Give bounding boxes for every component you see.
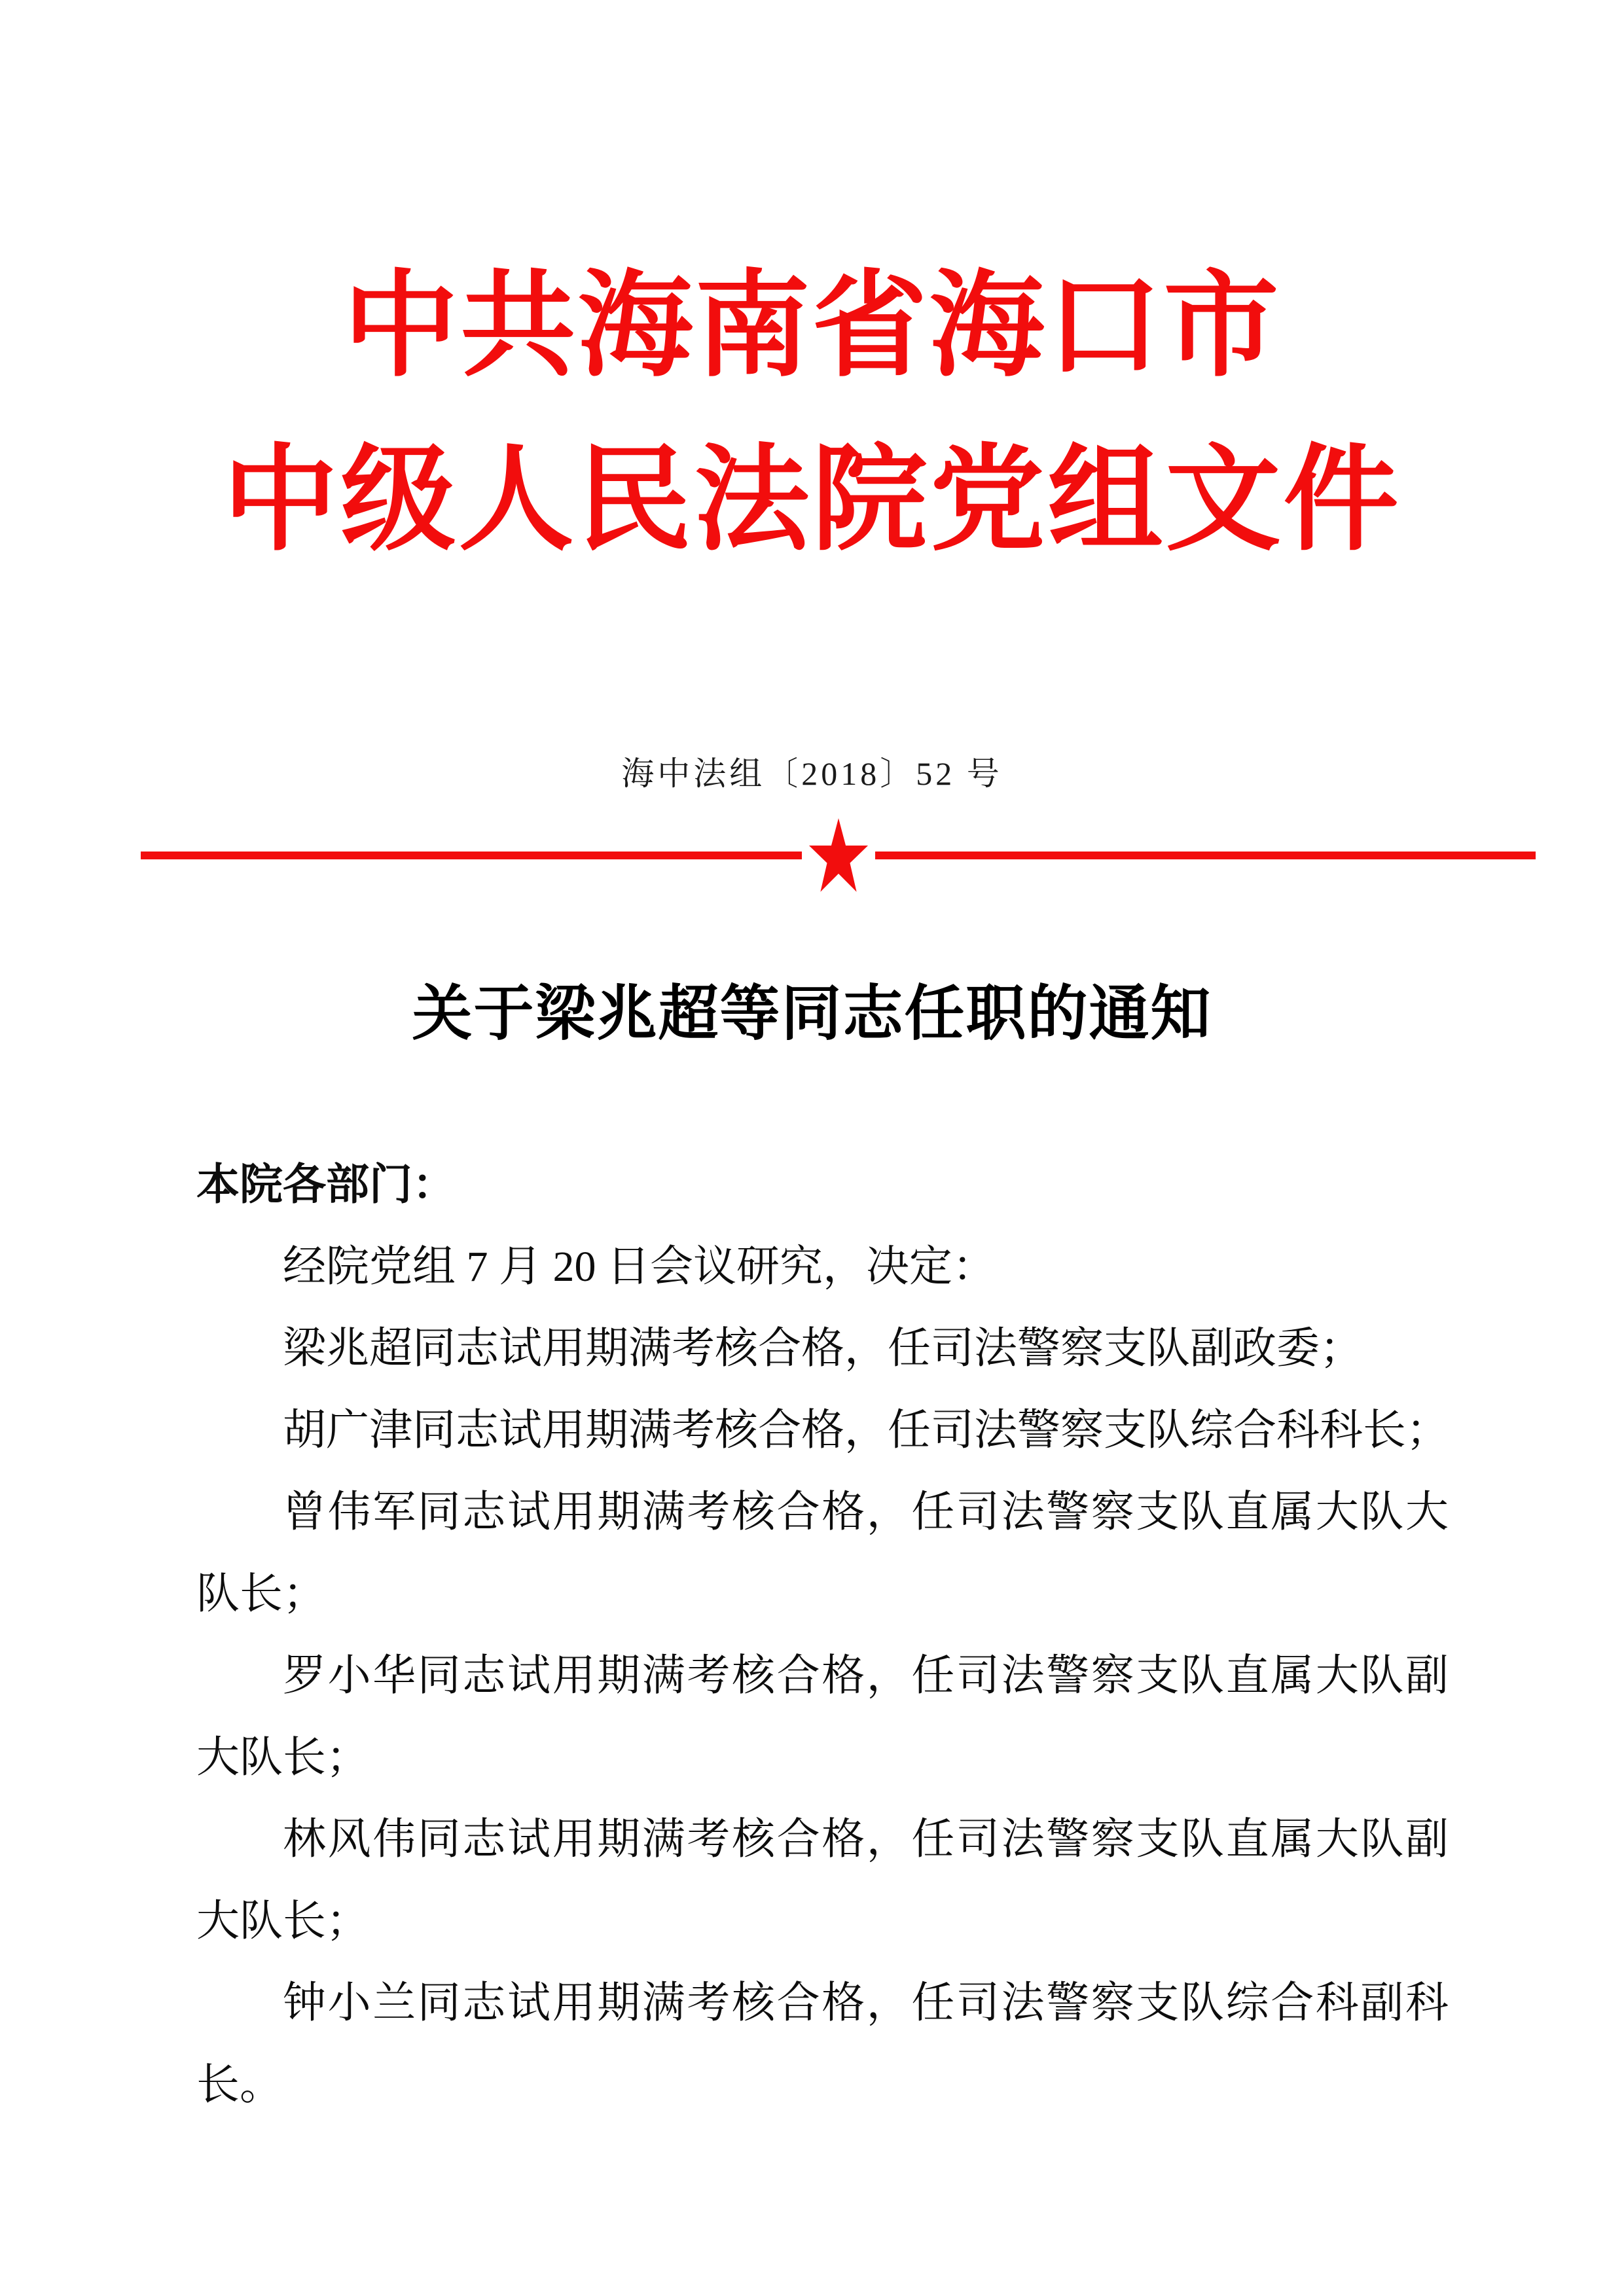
body-line: 梁兆超同志试用期满考核合格，任司法警察支队副政委；: [196, 1308, 1449, 1390]
body-line: 罗小华同志试用期满考核合格，任司法警察支队直属大队副: [196, 1635, 1449, 1717]
red-star-icon: [808, 817, 869, 893]
body-line: 胡广津同志试用期满考核合格，任司法警察支队综合科科长；: [196, 1390, 1449, 1471]
body-line: 大队长；: [196, 1880, 1449, 1962]
body-line: 队长；: [196, 1553, 1449, 1635]
notice-body: 本院各部门：经院党组 7 月 20 日会议研究，决定：梁兆超同志试用期满考核合格…: [196, 1144, 1449, 2126]
body-line: 长。: [196, 2044, 1449, 2126]
body-line: 钟小兰同志试用期满考核合格，任司法警察支队综合科副科: [196, 1962, 1449, 2044]
notice-title: 关于梁兆超等同志任职的通知: [0, 980, 1624, 1048]
body-line: 大队长；: [196, 1717, 1449, 1799]
letterhead: 中共海南省海口市 中级人民法院党组文件: [0, 0, 1624, 562]
document-number: 海中法组〔2018〕52 号: [0, 755, 1624, 793]
red-divider-rule-left: [141, 852, 802, 859]
red-divider-rule-right: [875, 852, 1536, 859]
body-line: 林风伟同志试用期满考核合格，任司法警察支队直属大队副: [196, 1799, 1449, 1880]
letterhead-org-line2: 中级人民法院党组文件: [0, 441, 1624, 562]
body-line: 经院党组 7 月 20 日会议研究，决定：: [196, 1226, 1449, 1308]
document-page: 中共海南省海口市 中级人民法院党组文件 海中法组〔2018〕52 号 关于梁兆超…: [0, 0, 1624, 2296]
letterhead-org-line1: 中共海南省海口市: [0, 267, 1624, 387]
red-divider: [141, 816, 1536, 895]
body-line: 曾伟军同志试用期满考核合格，任司法警察支队直属大队大: [196, 1471, 1449, 1553]
body-line: 本院各部门：: [196, 1144, 1449, 1226]
